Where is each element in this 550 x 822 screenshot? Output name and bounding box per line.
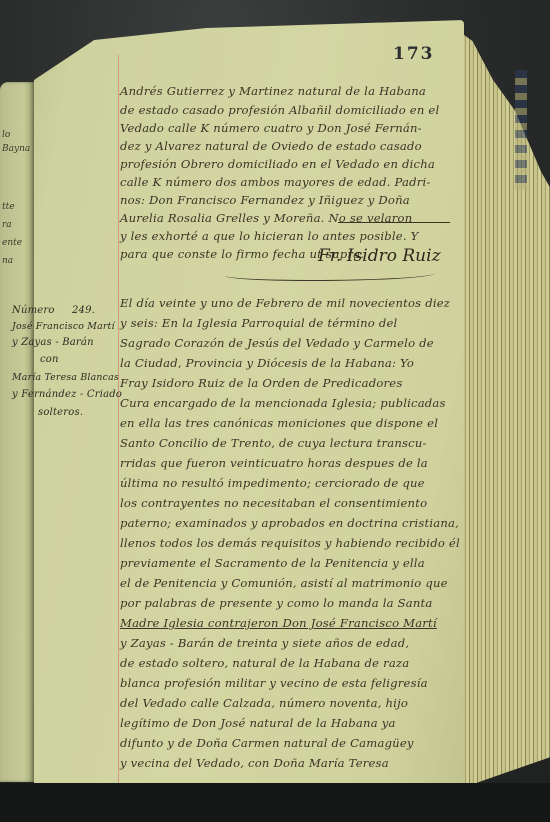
- entry-line-groom-surname: y Zayas - Barán de treinta y siete años …: [120, 636, 409, 650]
- left-page-fragment: Bayna: [2, 144, 30, 154]
- entry-line: última no resultó impedimento; cerciorad…: [120, 476, 425, 490]
- entry-number: 249.: [72, 305, 95, 316]
- prev-line: y les exhorté a que lo hicieran lo antes…: [120, 229, 418, 243]
- signature-rule: [338, 222, 450, 223]
- entry-line: Cura encargado de la mencionada Iglesia;…: [120, 396, 446, 410]
- prev-line: Vedado calle K número cuatro y Don José …: [120, 121, 422, 135]
- margin-rule: [118, 55, 119, 783]
- entry-line: previamente el Sacramento de la Penitenc…: [120, 556, 425, 570]
- entry-line: de estado soltero, natural de la Habana …: [120, 656, 409, 670]
- entry-line: la Ciudad, Provincia y Diócesis de la Ha…: [120, 356, 414, 370]
- prev-line: dez y Alvarez natural de Oviedo de estad…: [120, 139, 422, 153]
- page-number: 173: [393, 44, 435, 64]
- bottom-shadow: [0, 783, 550, 822]
- entry-line: Santo Concilio de Trento, de cuya lectur…: [120, 436, 427, 450]
- entry-line: Fray Isidoro Ruiz de la Orden de Predica…: [120, 376, 403, 390]
- groom-surname: y Zayas - Barán: [12, 337, 94, 348]
- entry-line: llenos todos los demás requisitos y habi…: [120, 536, 460, 550]
- groom-name: José Francisco Martí: [12, 321, 115, 332]
- entry-line: y seis: En la Iglesia Parroquial de térm…: [120, 316, 397, 330]
- prev-line: de estado casado profesión Albañil domic…: [120, 103, 439, 117]
- entry-line-bride: y vecina del Vedado, con Doña María Tere…: [120, 756, 389, 770]
- entry-number-label: Número 249.: [12, 305, 95, 316]
- entry-line: blanca profesión militar y vecino de est…: [120, 676, 428, 690]
- bride-name: María Teresa Blancas: [12, 372, 119, 383]
- entry-line: del Vedado calle Calzada, número noventa…: [120, 696, 408, 710]
- left-page-fragment: ra: [2, 220, 12, 230]
- entry-line-groom: Madre Iglesia contrajeron Don José Franc…: [120, 616, 437, 630]
- left-page-fragment: na: [2, 256, 13, 266]
- entry-line: Sagrado Corazón de Jesús del Vedado y Ca…: [120, 336, 434, 350]
- marital-status: solteros.: [38, 407, 83, 418]
- priest-signature: Fr. Isidro Ruiz: [318, 246, 441, 266]
- bride-surname: y Fernández - Criado: [12, 389, 122, 400]
- left-page-fragment: lo: [2, 130, 10, 140]
- left-page-fragment: tte: [2, 202, 15, 212]
- entry-line: legítimo de Don José natural de la Haban…: [120, 716, 396, 730]
- entry-line: El día veinte y uno de Febrero de mil no…: [120, 296, 450, 310]
- number-label: Número: [12, 305, 55, 316]
- prev-line: calle K número dos ambos mayores de edad…: [120, 175, 431, 189]
- entry-line: rridas que fueron veinticuatro horas des…: [120, 456, 428, 470]
- entry-line: paterno; examinados y aprobados en doctr…: [120, 516, 459, 530]
- left-page-fragment: ente: [2, 238, 22, 248]
- entry-line: en ella las tres canónicas moniciones qu…: [120, 416, 438, 430]
- entry-line: el de Penitencia y Comunión, asistí al m…: [120, 576, 448, 590]
- prev-line: profesión Obrero domiciliado en el Vedad…: [120, 157, 435, 171]
- left-page-edge: lo Bayna tte ra ente na: [0, 82, 34, 782]
- connector: con: [40, 354, 59, 365]
- entry-line: por palabras de presente y como lo manda…: [120, 596, 433, 610]
- index-tab-marks: [515, 70, 527, 190]
- entry-line: difunto y de Doña Carmen natural de Cama…: [120, 736, 414, 750]
- entry-line: los contrayentes no necesitaban el conse…: [120, 496, 427, 510]
- prev-line: Andrés Gutierrez y Martinez natural de l…: [120, 84, 426, 98]
- prev-line: nos: Don Francisco Fernandez y Iñiguez y…: [120, 193, 410, 207]
